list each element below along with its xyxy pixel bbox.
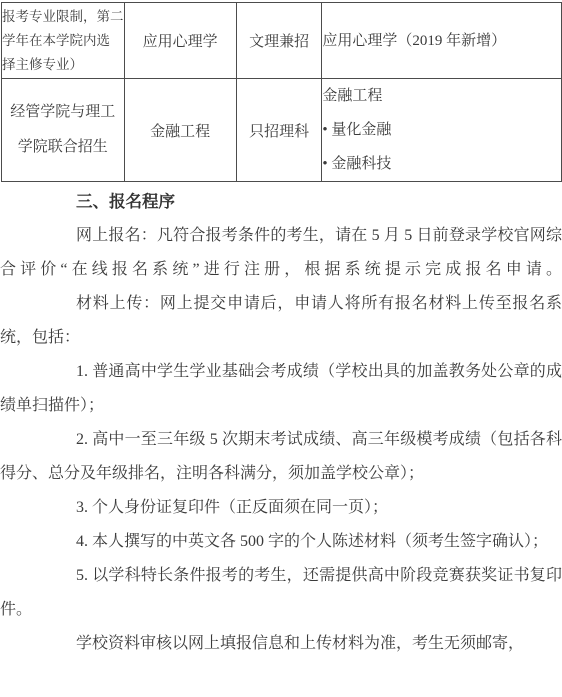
cell-major-financial-engineering: 金融工程 [124,79,236,182]
cell-college-joint-enrollment: 经管学院与理工 学院联合招生 [2,79,125,182]
cell-text-line: 应用心理学（2019 年新增） [322,24,561,58]
cell-major-restriction-note: 报考专业限制，第二 学年在本学院内选 择主修专业） [2,3,125,79]
table-row: 报考专业限制，第二 学年在本学院内选 择主修专业） 应用心理学 文理兼招 应用心… [2,3,562,79]
cell-major-detail-applied-psychology: 应用心理学（2019 年新增） [322,3,562,79]
list-item-5: 5. 以学科特长条件报考的考生，还需提供高中阶段竞赛获奖证书复印件。 [0,559,562,627]
para-material-upload: 材料上传：网上提交申请后，申请人将所有报名材料上传至报名系统，包括： [0,287,562,355]
cell-admission-type-arts-science: 文理兼招 [236,3,322,79]
section-heading: 三、报名程序 [0,185,562,219]
cell-text-line: 学年在本学院内选 [2,29,124,53]
para-review-note: 学校资料审核以网上填报信息和上传材料为准，考生无须邮寄， [0,627,562,661]
cell-text-line: 学院联合招生 [2,130,124,165]
cell-text-line: 择主修专业） [2,53,124,77]
para-online-registration: 网上报名：凡符合报考条件的考生，请在 5 月 5 日前登录学校官网综合评价“在线… [0,219,562,287]
registration-procedure-section: 三、报名程序 网上报名：凡符合报考条件的考生，请在 5 月 5 日前登录学校官网… [0,185,562,661]
list-item-3: 3. 个人身份证复印件（正反面须在同一页）； [0,491,562,525]
cell-major-detail-financial-engineering: 金融工程 • 量化金融 • 金融科技 [322,79,562,182]
cell-text-line: 经管学院与理工 [2,95,124,130]
document-page: 报考专业限制，第二 学年在本学院内选 择主修专业） 应用心理学 文理兼招 应用心… [0,2,562,697]
cell-major-applied-psychology: 应用心理学 [124,3,236,79]
cell-text-line: 金融工程 [322,79,561,113]
cell-text-line: 报考专业限制，第二 [2,5,124,29]
cell-admission-type-science-only: 只招理科 [236,79,322,182]
table-row: 经管学院与理工 学院联合招生 金融工程 只招理科 金融工程 • 量化金融 • 金… [2,79,562,182]
list-item-4: 4. 本人撰写的中英文各 500 字的个人陈述材料（须考生签字确认）； [0,525,562,559]
list-item-2: 2. 高中一至三年级 5 次期末考试成绩、高三年级模考成绩（包括各科得分、总分及… [0,423,562,491]
bullet-list-item: • 金融科技 [322,147,561,181]
bullet-list-item: • 量化金融 [322,113,561,147]
list-item-1: 1. 普通高中学生学业基础会考成绩（学校出具的加盖教务处公章的成绩单扫描件）； [0,355,562,423]
admissions-majors-table: 报考专业限制，第二 学年在本学院内选 择主修专业） 应用心理学 文理兼招 应用心… [1,2,562,182]
